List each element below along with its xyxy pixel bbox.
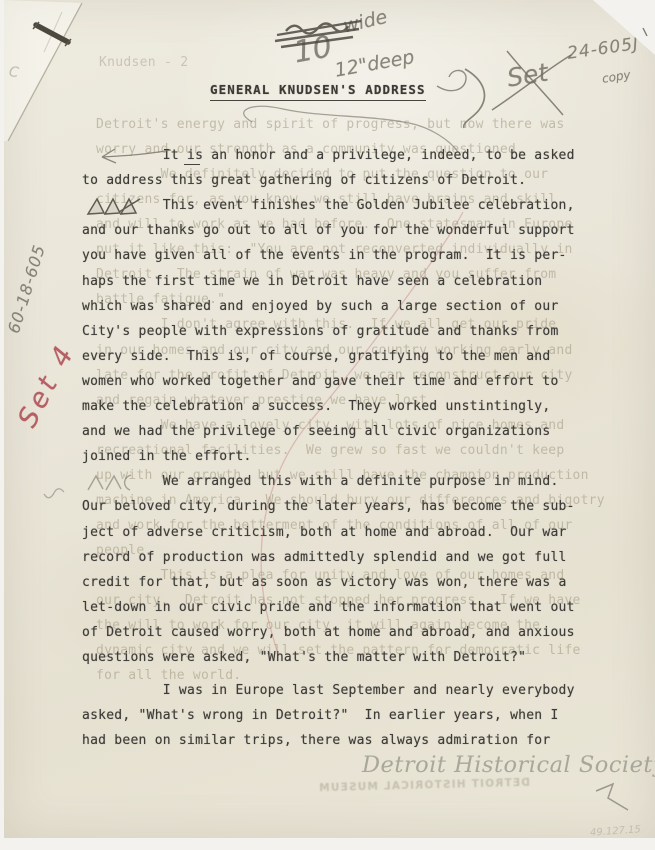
typed-text-line: which was shared and enjoyed by such a l… (82, 299, 559, 315)
typed-text-line: and we had the privilege of seeing all c… (82, 424, 550, 440)
typed-text-line: It is an honor and a privilege, indeed, … (82, 148, 575, 164)
typed-text-line: haps the first time we in Detroit have s… (82, 274, 542, 290)
typed-text-line: and our thanks go out to all of you for … (82, 223, 575, 239)
typed-text-line: you have given all of the events in the … (82, 248, 567, 264)
document-title: GENERAL KNUDSEN'S ADDRESS (210, 82, 426, 101)
is-word-underline (184, 164, 200, 165)
typed-text-line: asked, "What's wrong in Detroit?" In ear… (82, 708, 559, 724)
tick-mark (643, 28, 647, 36)
typed-text-line: make the celebration a success. They wor… (82, 399, 550, 415)
watermark-text: Detroit Historical Society (362, 752, 655, 778)
typed-text-line: of Detroit caused worry, both at home an… (82, 625, 575, 641)
pencil-corner-letter: C (8, 64, 20, 81)
typed-text-line: questions were asked, "What's the matter… (82, 650, 526, 666)
typed-text-line: credit for that, but as soon as victory … (82, 575, 567, 591)
pencil-accession-number: 24-605J (566, 34, 640, 64)
pencil-copy-word: copy (601, 68, 632, 86)
red-pencil-set-number: Set 4 (12, 338, 82, 432)
typed-text-line: joined in the effort. (82, 449, 252, 465)
typed-text-line: We arranged this with a definite purpose… (82, 474, 559, 490)
pencil-deep-note: 12"deep (333, 46, 416, 82)
pencil-set-word: Set (505, 58, 550, 93)
typed-text-line: every side. This is, of course, gratifyi… (82, 349, 550, 365)
typed-text-line: had been on similar trips, there was alw… (82, 733, 550, 749)
typed-text-line: This event finishes the Golden Jubilee c… (82, 198, 575, 214)
typed-text-line: record of production was admittedly sple… (82, 550, 567, 566)
ghost-text-line: Detroit's energy and spirit of progress,… (96, 117, 564, 133)
ghost-page-header: Knudsen - 2 (99, 55, 188, 70)
typed-text-line: ject of adverse criticism, both at home … (82, 525, 567, 541)
pencil-size-number: 10 (291, 29, 335, 70)
typed-text-line: I was in Europe last September and nearl… (82, 683, 575, 699)
pencil-wide-note: wide (341, 6, 389, 37)
typed-text-line: Our beloved city, during the later years… (82, 499, 575, 515)
typed-text-line: to address this great gathering of citiz… (82, 173, 526, 189)
scanned-document-photo: { "document": { "title": "GENERAL KNUDSE… (0, 0, 655, 850)
typed-text-line: women who worked together and gave their… (82, 374, 559, 390)
ghost-text-line: for all the world. (96, 668, 241, 684)
typed-text-line: City's people with expressions of gratit… (82, 324, 559, 340)
typescript-page: Knudsen - 2 Detroit's energy and spirit … (4, 0, 655, 838)
pencil-bottom-number: 49.127.15 (590, 824, 642, 839)
pencil-margin-number: 60-18-605 (4, 242, 49, 335)
typed-text-line: let-down in our civic pride and the info… (82, 600, 575, 616)
museum-stamp-mirrored: DETROIT HISTORICAL MUSEUM (352, 777, 530, 794)
